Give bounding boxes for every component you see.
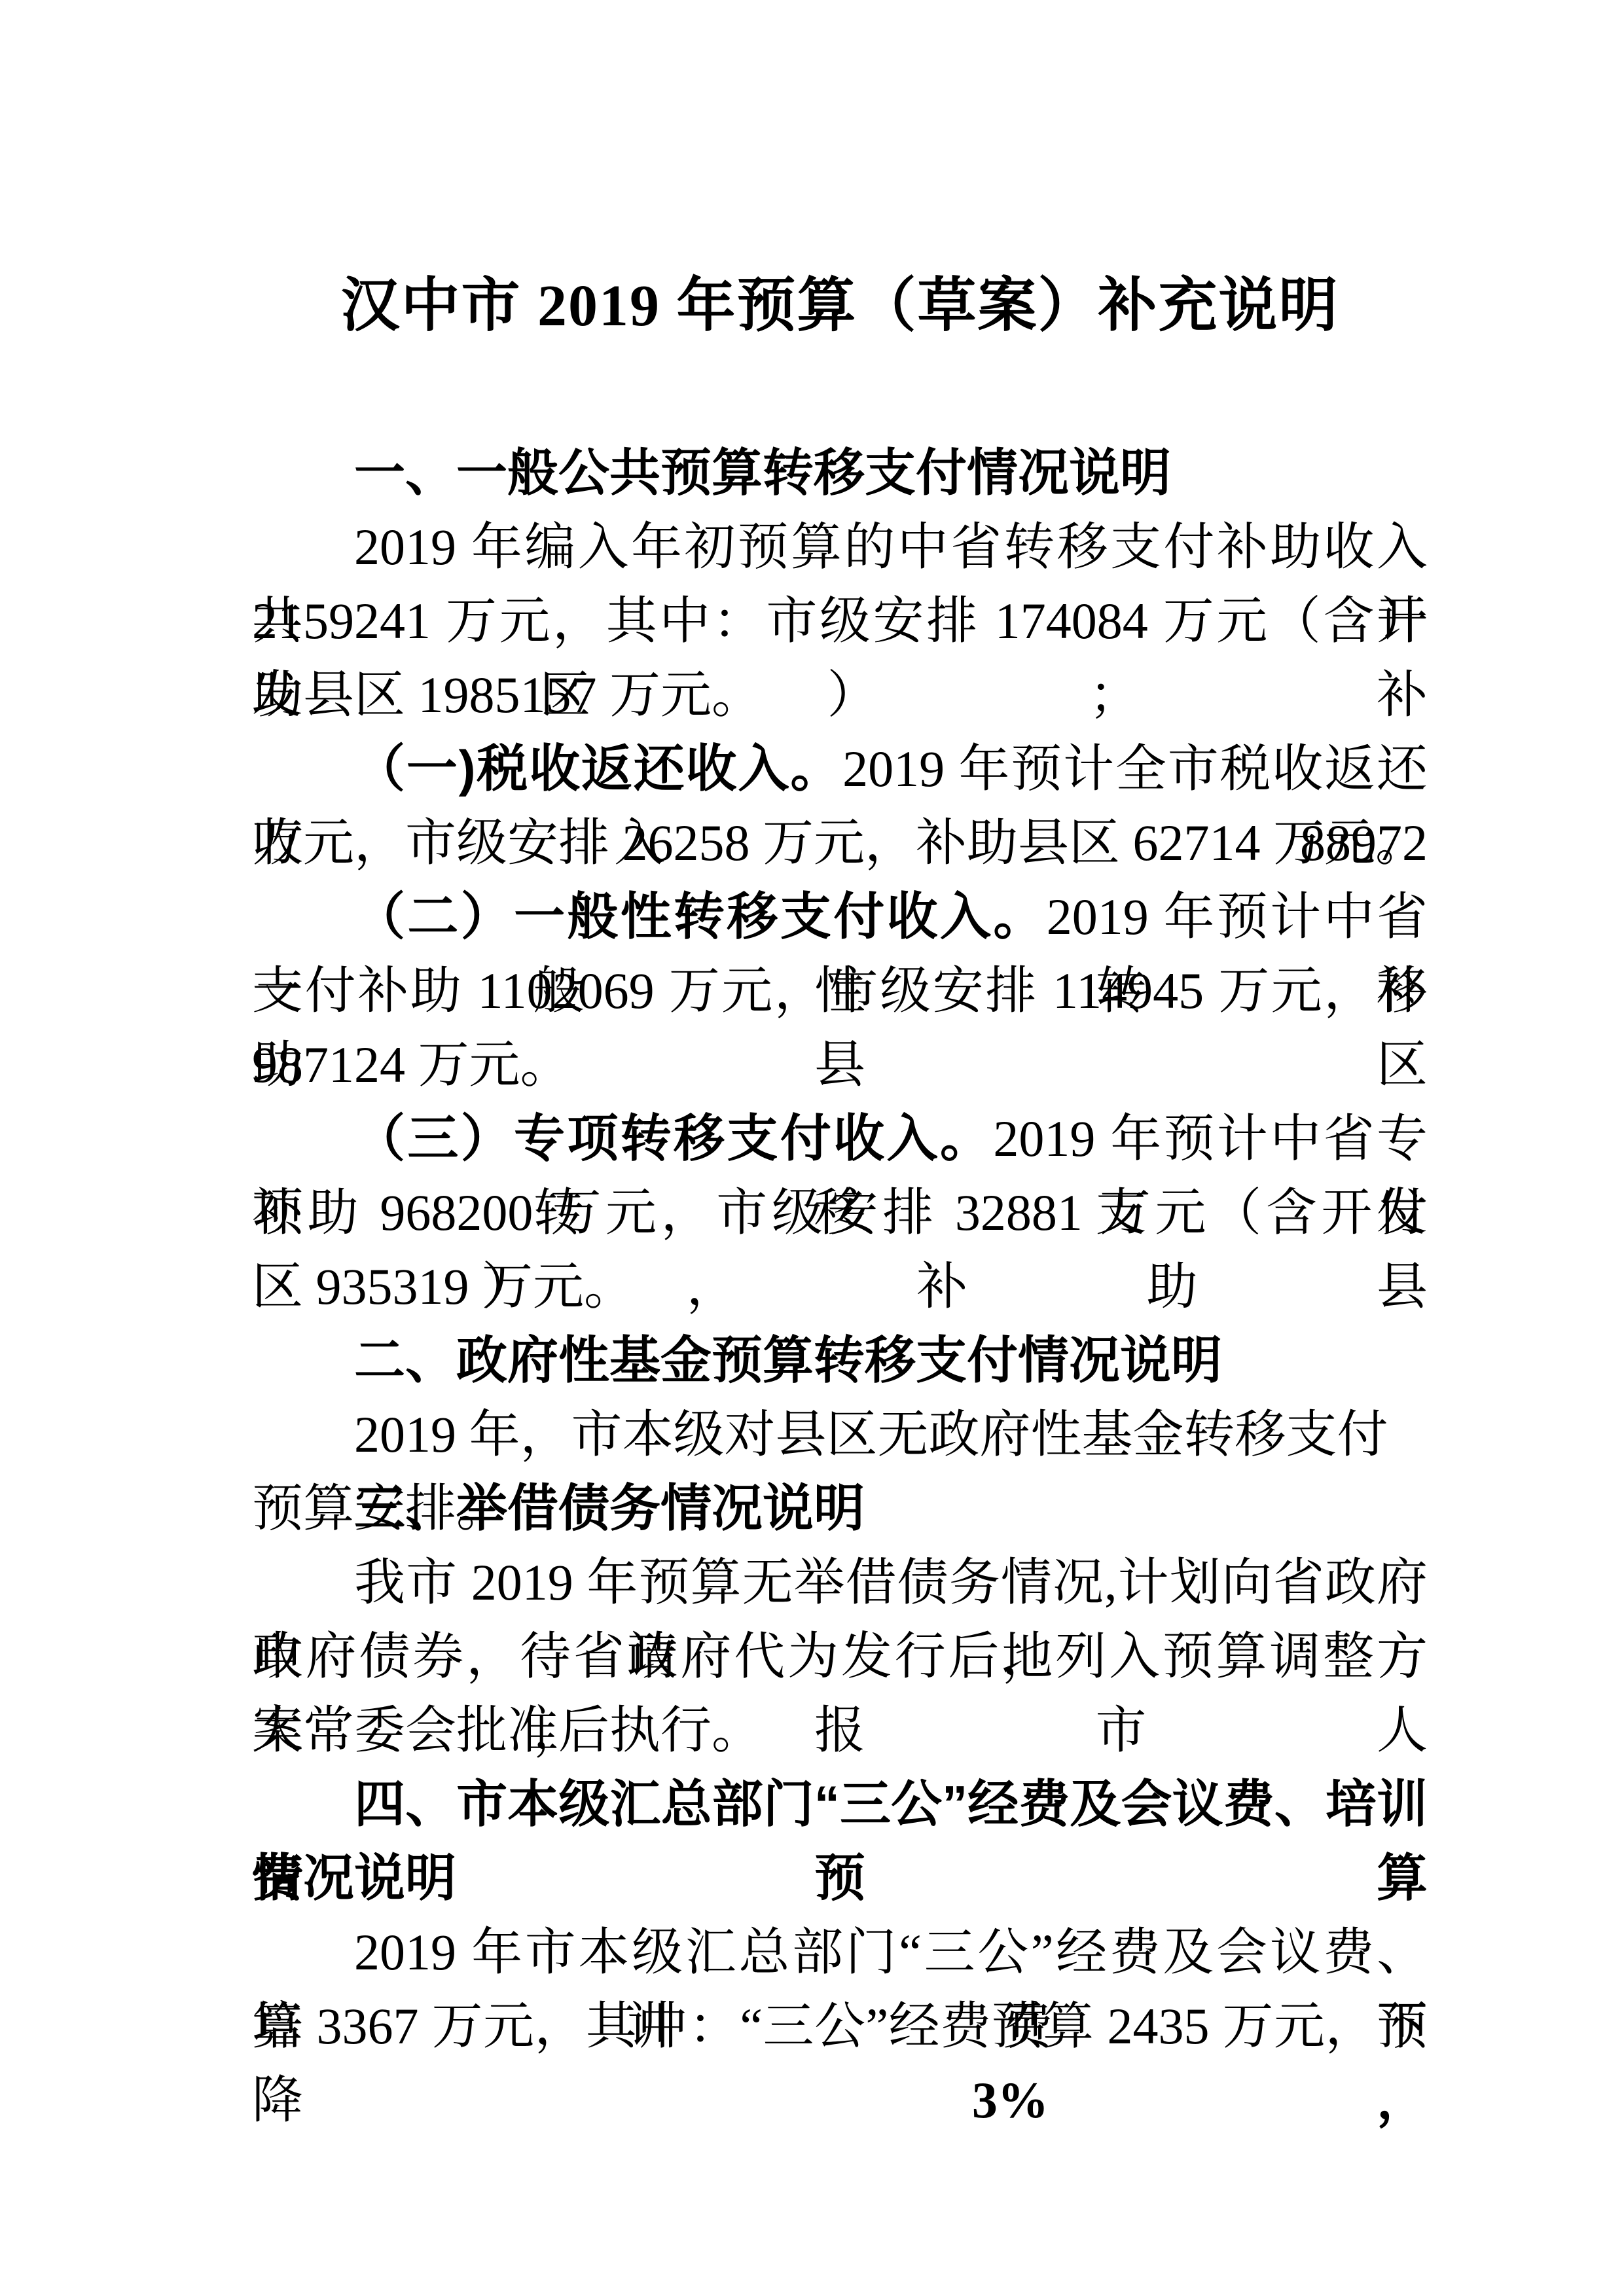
document-page: 汉中市 2019 年预算（草案）补充说明 一、一般公共预算转移支付情况说明201… (0, 0, 1624, 2296)
text-line: 四、市本级汇总部门“三公”经费及会议费、培训费预算 (252, 1767, 1428, 1841)
text-run-hei: （三）专项转移支付收入。 (354, 1109, 993, 1167)
text-run-fang: 987124 万元。 (252, 1036, 571, 1093)
text-line: 支付补助 1102069 万元，市级安排 114945 万元，补助县区 (252, 954, 1428, 1028)
document-body: 一、一般公共预算转移支付情况说明2019 年编入年初预算的中省转移支付补助收入共… (252, 436, 1428, 2063)
text-run-fang-bold: 3%， (972, 2072, 1428, 2128)
text-line: （一)税收返还收入。2019 年预计全市税收返还收入 88972 (252, 732, 1428, 806)
text-line: （二）一般性转移支付收入。2019 年预计中省一般性转移 (252, 880, 1428, 954)
text-line: 2019 年，市本级对县区无政府性基金转移支付预算安排。 (252, 1397, 1428, 1471)
text-line: 2159241 万元，其中：市级安排 174084 万元（含开发区）；补 (252, 584, 1428, 658)
text-line: 一、一般公共预算转移支付情况说明 (252, 436, 1428, 510)
text-run-hei: 三、举借债务情况说明 (354, 1479, 865, 1537)
text-line: 万元，市级安排 26258 万元，补助县区 62714 万元。 (252, 806, 1428, 880)
text-line: 算 3367 万元，其中：“三公”经费预算 2435 万元，下降 3%， (252, 1989, 1428, 2063)
text-line: 二、政府性基金预算转移支付情况说明 (252, 1323, 1428, 1397)
text-line: 2019 年编入年初预算的中省转移支付补助收入共计 (252, 510, 1428, 584)
text-run-hei: （一)税收返还收入。 (354, 740, 842, 797)
text-line: 2019 年市本级汇总部门“三公”经费及会议费、培训费预 (252, 1915, 1428, 1989)
text-run-fang: 大常委会批准后执行。 (252, 1702, 763, 1759)
text-line: 政府债券，待省政府代为发行后，列入预算调整方案，报市人 (252, 1619, 1428, 1693)
text-run-fang: 助县区 1985157 万元。 (252, 666, 763, 723)
text-run-hei: 二、政府性基金预算转移支付情况说明 (354, 1331, 1222, 1389)
document-title: 汉中市 2019 年预算（草案）补充说明 (252, 267, 1428, 346)
text-line: 补助 968200 万元，市级安排 32881 万元（含开发区），补助县 (252, 1175, 1428, 1249)
text-line: 三、举借债务情况说明 (252, 1471, 1428, 1545)
text-run-hei: 一、一般公共预算转移支付情况说明 (354, 444, 1171, 501)
text-line: （三）专项转移支付收入。2019 年预计中省专项转移支付 (252, 1102, 1428, 1175)
text-line: 我市 2019 年预算无举借债务情况,计划向省政府申请地方 (252, 1545, 1428, 1619)
text-run-hei: （二）一般性转移支付收入。 (354, 888, 1047, 945)
text-run-hei: 情况说明 (252, 1849, 456, 1907)
text-run-fang: 万元，市级安排 26258 万元，补助县区 62714 万元。 (252, 814, 1426, 871)
text-run-fang: 区 935319 万元。 (252, 1258, 635, 1315)
